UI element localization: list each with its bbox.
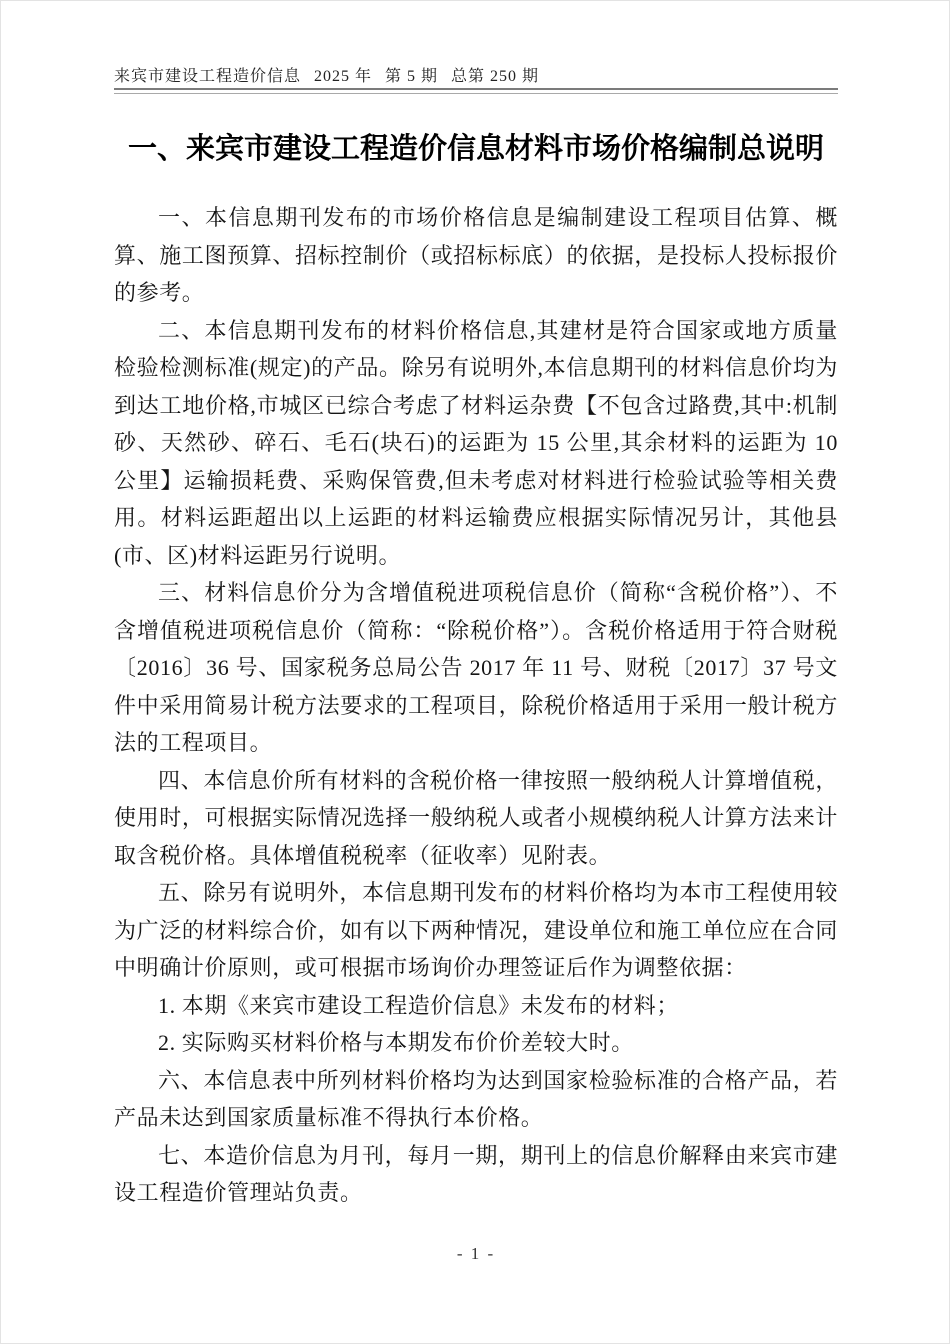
list-item-1: 1. 本期《来宾市建设工程造价信息》未发布的材料；	[114, 987, 838, 1025]
running-header: 来宾市建设工程造价信息2025 年第 5 期总第 250 期	[114, 63, 838, 86]
paragraph-2: 二、本信息期刊发布的材料价格信息,其建材是符合国家或地方质量检验检测标准(规定)…	[114, 312, 838, 575]
paragraph-1: 一、本信息期刊发布的市场价格信息是编制建设工程项目估算、概算、施工图预算、招标控…	[114, 199, 838, 312]
document-title: 一、来宾市建设工程造价信息材料市场价格编制总说明	[1, 128, 950, 170]
header-year: 2025 年	[314, 68, 372, 85]
paragraph-4: 四、本信息价所有材料的含税价格一律按照一般纳税人计算增值税，使用时，可根据实际情…	[114, 762, 838, 875]
header-issue-number: 第 5 期	[385, 68, 438, 85]
header-journal-title: 来宾市建设工程造价信息	[114, 68, 301, 85]
header-volume-number: 总第 250 期	[451, 68, 539, 85]
header-divider-rule	[114, 88, 838, 94]
paragraph-5: 五、除另有说明外，本信息期刊发布的材料价格均为本市工程使用较为广泛的材料综合价，…	[114, 874, 838, 987]
list-item-2: 2. 实际购买材料价格与本期发布价价差较大时。	[114, 1024, 838, 1062]
document-page: 来宾市建设工程造价信息2025 年第 5 期总第 250 期 一、来宾市建设工程…	[0, 0, 950, 1344]
paragraph-3: 三、材料信息价分为含增值税进项税信息价（简称“含税价格”）、不含增值税进项税信息…	[114, 574, 838, 762]
document-body: 一、本信息期刊发布的市场价格信息是编制建设工程项目估算、概算、施工图预算、招标控…	[114, 199, 838, 1212]
page-number: - 1 -	[457, 1244, 495, 1263]
paragraph-7: 七、本造价信息为月刊，每月一期，期刊上的信息价解释由来宾市建设工程造价管理站负责…	[114, 1137, 838, 1212]
paragraph-6: 六、本信息表中所列材料价格均为达到国家检验标准的合格产品，若产品未达到国家质量标…	[114, 1062, 838, 1137]
page-footer: - 1 -	[1, 1244, 950, 1264]
